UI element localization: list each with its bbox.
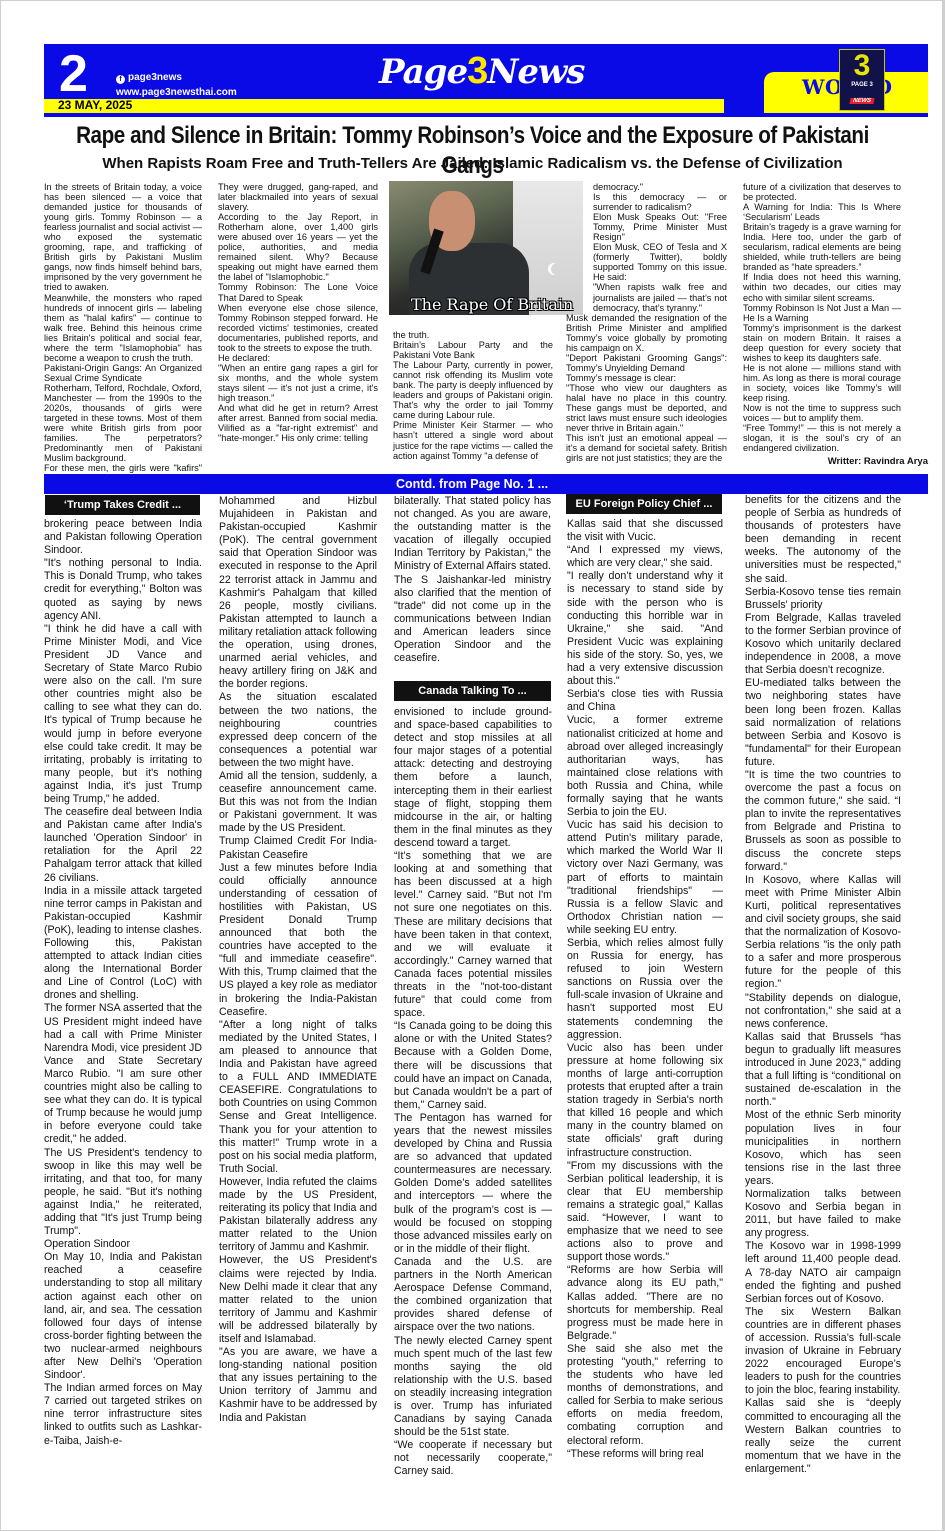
trump-column-2: Mohammed and Hizbul Mujahideen in Pakist… xyxy=(219,495,377,1425)
paragraph: The newly elected Carney spent much spen… xyxy=(394,1335,552,1440)
newspaper-logo: Page3News xyxy=(379,50,584,93)
subheading: Pakistani-Origin Gangs: An Organized Sex… xyxy=(44,363,202,383)
subheading: Serbia-Kosovo tense ties remain Brussels… xyxy=(745,586,901,612)
paragraph: The ceasefire deal between India and Pak… xyxy=(44,806,202,885)
paragraph: Amid all the tension, suddenly, a ceasef… xyxy=(219,770,377,835)
paragraph: The Pentagon has warned for years that t… xyxy=(394,1112,552,1256)
subheading: Tommy Robinson: The Lone Voice That Dare… xyxy=(218,282,378,302)
paragraph: And what did he get in return? Arrest af… xyxy=(218,403,378,443)
facebook-handle[interactable]: page3news xyxy=(128,72,182,83)
paragraph: Meanwhile, the monsters who raped hundre… xyxy=(44,293,202,363)
lead-column-3: the truth. Britain’s Labour Party and th… xyxy=(393,330,553,461)
subheading: Operation Sindoor xyxy=(44,1238,202,1251)
date-strip: 23 MAY, 2025 xyxy=(44,99,724,113)
paragraph: Rotherham, Telford, Rochdale, Oxford, Ma… xyxy=(44,383,202,463)
paragraph: From Belgrade, Kallas traveled to the fo… xyxy=(745,612,901,677)
paragraph: Serbia, which relies almost fully on Rus… xyxy=(567,937,723,1042)
photo-caption: The Rape Of Britain xyxy=(411,295,573,314)
paragraph: If India does not heed this warning, wit… xyxy=(743,272,901,302)
lead-column-5: future of a civilization that deserves t… xyxy=(743,182,901,453)
crescent-icon xyxy=(551,263,563,275)
quote: Kallas said she is “deeply committed to … xyxy=(745,1397,901,1476)
paragraph: Is this democracy — or surrender to radi… xyxy=(593,192,727,212)
paragraph: Most of the ethnic Serb minority populat… xyxy=(745,1109,901,1188)
continued-banner: Contd. from Page No. 1 ... xyxy=(44,474,928,494)
paragraph: The former NSA asserted that the US Pres… xyxy=(44,1002,202,1146)
paragraph: Normalization talks between Kosovo and S… xyxy=(745,1188,901,1240)
subheading: Trump Claimed Credit For India-Pakistan … xyxy=(219,835,377,861)
quote: "I really don’t understand why it is nec… xyxy=(567,570,723,688)
paragraph: “Is Canada going to be doing this alone … xyxy=(394,1020,552,1112)
quote: "When an entire gang rapes a girl for si… xyxy=(218,363,378,403)
paragraph: bilaterally. That stated policy has not … xyxy=(394,495,551,574)
subheading: A Warning for India: This Is Where ‘Secu… xyxy=(743,202,901,222)
page-number: 2 xyxy=(59,46,88,102)
quote: "From my discussions with the Serbian po… xyxy=(567,1160,723,1265)
paragraph: The six Western Balkan countries are in … xyxy=(745,1306,901,1398)
paragraph: However, the US President's claims were … xyxy=(219,1254,377,1346)
section-label-canada[interactable]: Canada Talking To ... xyxy=(394,681,551,701)
paragraph: The Indian armed forces on May 7 carried… xyxy=(44,1382,202,1447)
quote: "Stability depends on dialogue, not conf… xyxy=(745,992,901,1031)
wrap-block: democracy." Is this democracy — or surre… xyxy=(566,182,727,313)
paragraph: benefits for the citizens and the people… xyxy=(745,494,901,586)
paragraph: They were drugged, gang-raped, and later… xyxy=(218,182,378,212)
paragraph: The Kosovo war in 1998-1999 left around … xyxy=(745,1240,901,1305)
paragraph: Musk demanded the resignation of the Bri… xyxy=(566,313,727,353)
paragraph: Britain’s tragedy is a grave warning for… xyxy=(743,222,901,272)
canada-column: envisioned to include ground- and space-… xyxy=(394,706,552,1479)
paragraph: Tommy’s message is clear: xyxy=(566,373,727,383)
paragraph: “It’s something that we are looking at a… xyxy=(394,850,552,1020)
website-link[interactable]: www.page3newsthai.com xyxy=(116,85,237,100)
paragraph: On May 10, India and Pakistan reached a … xyxy=(44,1251,202,1382)
badge-number: 3 xyxy=(840,50,884,82)
paragraph: According to the Jay Report, in Rotherha… xyxy=(218,212,378,282)
paragraph: brokering peace between India and Pakist… xyxy=(44,518,202,557)
badge-news: NEWS xyxy=(849,98,874,104)
subheading: "Deport Pakistani Grooming Gangs": Tommy… xyxy=(566,353,727,373)
paragraph: The US President's tendency to swoop in … xyxy=(44,1147,202,1239)
paragraph: "I think he did have a call with Prime M… xyxy=(44,623,202,806)
quote: "As you are aware, we have a long-standi… xyxy=(219,1346,377,1425)
paragraph: Vucic, a former extreme nationalist crit… xyxy=(567,714,723,819)
trump-column-3: bilaterally. That stated policy has not … xyxy=(394,495,551,665)
paragraph: democracy." xyxy=(593,182,727,192)
quote: "When rapists walk free and journalists … xyxy=(593,282,727,312)
paragraph: Kallas said that she discussed the visit… xyxy=(567,518,723,544)
lead-column-2: They were drugged, gang-raped, and later… xyxy=(218,182,378,443)
paragraph: The Labour Party, currently in power, ca… xyxy=(393,360,553,420)
paragraph: As the situation escalated between the t… xyxy=(219,691,377,770)
subheading: Elon Musk Speaks Out: "Free Tommy, Prime… xyxy=(593,212,727,242)
paragraph: “Free Tommy!” — this is not merely a slo… xyxy=(743,423,901,453)
quote: “These reforms will bring real xyxy=(567,1448,723,1461)
paragraph: Vucic has said his decision to attend Pu… xyxy=(567,819,723,937)
section-label-trump[interactable]: ‘Trump Takes Credit ... xyxy=(45,495,200,515)
paragraph: Tommy’s imprisonment is the darkest stai… xyxy=(743,323,901,363)
lead-column-1: In the streets of Britain today, a voice… xyxy=(44,182,202,483)
badge-label: PAGE 3 xyxy=(840,82,884,89)
paragraph: This isn’t just an emotional appeal — it… xyxy=(566,433,727,463)
eu-column-2: benefits for the citizens and the people… xyxy=(745,494,901,1476)
lead-column-4: democracy." Is this democracy — or surre… xyxy=(566,182,727,463)
paragraph: the truth. xyxy=(393,330,553,340)
paragraph: He declared: xyxy=(218,353,378,363)
subheading: Britain’s Labour Party and the Pakistani… xyxy=(393,340,553,360)
logo-text-page: Page xyxy=(379,52,467,92)
paragraph: envisioned to include ground- and space-… xyxy=(394,706,552,850)
quote: "Those who view our daughters as halal h… xyxy=(566,383,727,433)
paragraph: However, India refuted the claims made b… xyxy=(219,1176,377,1255)
logo-text-3: 3 xyxy=(467,50,487,92)
paragraph: EU-mediated talks between the two neighb… xyxy=(745,677,901,769)
subheading: Tommy Robinson Is Not Just a Man — He Is… xyxy=(743,303,901,323)
lead-photo: The Rape Of Britain xyxy=(389,181,583,315)
issue-date: 23 MAY, 2025 xyxy=(58,98,132,112)
quote: “Reforms are how Serbia will advance alo… xyxy=(567,1264,723,1343)
paragraph: Just a few minutes before India could of… xyxy=(219,862,377,1019)
paragraph: The S Jaishankar-led ministry also clari… xyxy=(394,574,551,666)
paragraph: India in a missile attack targeted nine … xyxy=(44,885,202,1003)
paragraph: "It’s nothing personal to India. This is… xyxy=(44,557,202,622)
paragraph: Prime Minister Keir Starmer — who hasn’t… xyxy=(393,420,553,460)
trump-column-1: brokering peace between India and Pakist… xyxy=(44,518,202,1448)
paragraph: Now is not the time to suppress such voi… xyxy=(743,403,901,423)
paragraph: future of a civilization that deserves t… xyxy=(743,182,901,202)
paragraph: He is not alone — millions stand with hi… xyxy=(743,363,901,403)
lead-subheadline: When Rapists Roam Free and Truth-Tellers… xyxy=(0,154,945,174)
paragraph: Kallas said that Brussels “has begun to … xyxy=(745,1031,901,1110)
masthead: 2 fpage3news www.page3newsthai.com 23 MA… xyxy=(44,44,928,117)
paragraph: In the streets of Britain today, a voice… xyxy=(44,182,202,293)
social-links: fpage3news www.page3newsthai.com xyxy=(116,70,237,100)
paragraph: “We cooperate if necessary but not neces… xyxy=(394,1439,552,1478)
subheading: Serbia's close ties with Russia and Chin… xyxy=(567,688,723,714)
quote: "After a long night of talks mediated by… xyxy=(219,1019,377,1176)
page3-badge-logo: 3 PAGE 3 NEWS xyxy=(839,49,885,111)
continued-banner-label: Contd. from Page No. 1 ... xyxy=(396,477,548,491)
eu-column-1: Kallas said that she discussed the visit… xyxy=(567,518,723,1461)
paragraph: Canada and the U.S. are partners in the … xyxy=(394,1256,552,1335)
paragraph: When everyone else chose silence, Tommy … xyxy=(218,303,378,353)
paragraph: “And I expressed my views, which are ver… xyxy=(567,544,723,570)
paragraph: Mohammed and Hizbul Mujahideen in Pakist… xyxy=(219,495,377,691)
paragraph: In Kosovo, where Kallas will meet with P… xyxy=(745,874,901,992)
quote: "It is time the two countries to overcom… xyxy=(745,769,901,874)
logo-text-news: News xyxy=(487,52,584,92)
paragraph: Vucic also has been under pressure at ho… xyxy=(567,1042,723,1160)
paragraph: Elon Musk, CEO of Tesla and X (formerly … xyxy=(593,242,727,282)
paragraph: She said she also met the protesting "yo… xyxy=(567,1343,723,1448)
byline: Writter: Ravindra Arya xyxy=(745,456,928,467)
facebook-icon: f xyxy=(116,75,125,84)
section-label-eu[interactable]: EU Foreign Policy Chief ... xyxy=(566,494,722,514)
